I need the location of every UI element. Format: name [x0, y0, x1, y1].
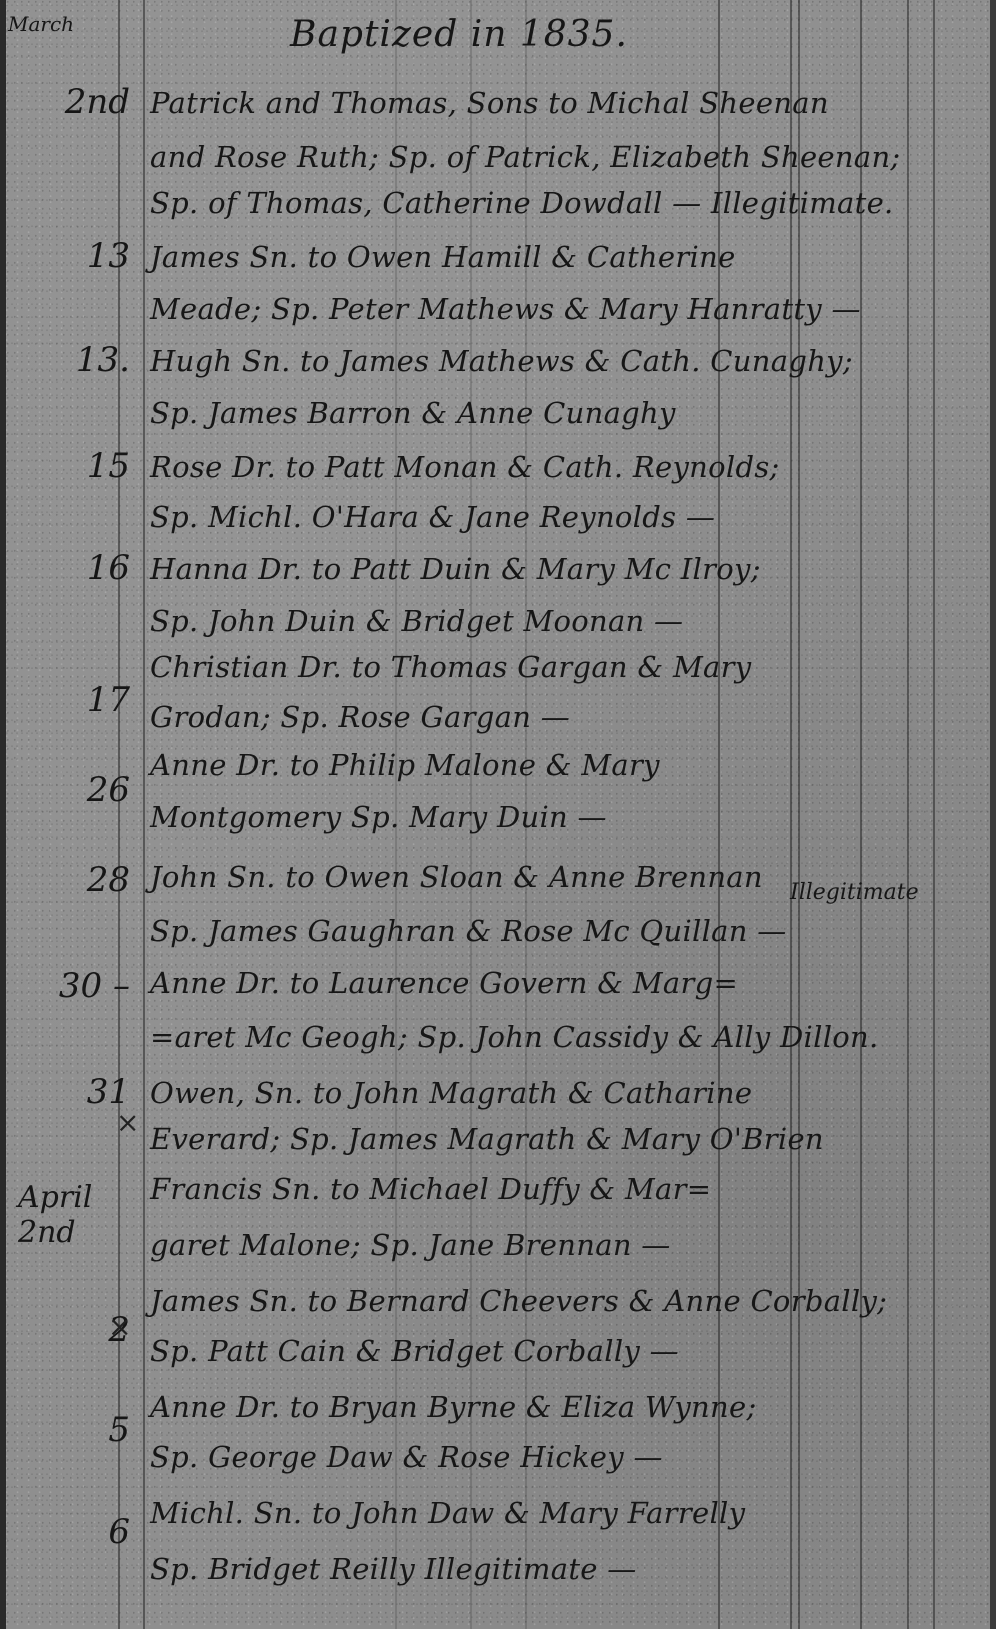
entry-date: 13 [38, 236, 130, 276]
entry-line: Sp. James Barron & Anne Cunaghy [150, 396, 974, 430]
entry-line: Michl. Sn. to John Daw & Mary Farrelly [150, 1496, 974, 1530]
entry-line: Meade; Sp. Peter Mathews & Mary Hanratty… [150, 292, 974, 326]
entry-line: James Sn. to Owen Hamill & Catherine [150, 240, 974, 274]
entry-line: Owen, Sn. to John Magrath & Catharine [150, 1076, 974, 1110]
entry-line: =aret Mc Geogh; Sp. John Cassidy & Ally … [150, 1020, 974, 1054]
entry-date: 17 [38, 680, 130, 720]
entry-line: James Sn. to Bernard Cheevers & Anne Cor… [150, 1284, 974, 1318]
entry-line: Hugh Sn. to James Mathews & Cath. Cunagh… [150, 344, 974, 378]
entry-date: 16 [38, 548, 130, 588]
entry-line: Sp. Patt Cain & Bridget Corbally — [150, 1334, 974, 1368]
cross-mark-icon: × [116, 1106, 139, 1139]
entry-line: Grodan; Sp. Rose Gargan — [150, 700, 974, 734]
margin-rule [143, 0, 145, 1629]
page-title: Baptized in 1835. [290, 14, 628, 55]
entry-line: Anne Dr. to Philip Malone & Mary [150, 748, 974, 782]
entry-line: Sp. James Gaughran & Rose Mc Quillan — [150, 914, 974, 948]
entry-line: Sp. Michl. O'Hara & Jane Reynolds — [150, 500, 974, 534]
entry-date: 2nd [38, 82, 130, 122]
entry-date: 26 [38, 770, 130, 810]
illegitimate-note: Illegitimate [790, 880, 919, 905]
entry-date: 13. [38, 340, 130, 380]
entry-line: Christian Dr. to Thomas Gargan & Mary [150, 650, 974, 684]
entry-date: 30 – [38, 966, 130, 1006]
entry-line: Sp. George Daw & Rose Hickey — [150, 1440, 974, 1474]
page-edge-left [0, 0, 6, 1629]
entry-line: Anne Dr. to Laurence Govern & Marg= [150, 966, 974, 1000]
entry-line: Sp. of Thomas, Catherine Dowdall — Illeg… [150, 186, 974, 220]
register-page: March Baptized in 1835. 2nd Patrick and … [0, 0, 996, 1629]
entry-line: and Rose Ruth; Sp. of Patrick, Elizabeth… [150, 140, 974, 174]
entry-line: Montgomery Sp. Mary Duin — [150, 800, 974, 834]
entry-line: garet Malone; Sp. Jane Brennan — [150, 1228, 974, 1262]
entry-line: Sp. Bridget Reilly Illegitimate — [150, 1552, 974, 1586]
entry-date: 5 [38, 1410, 130, 1450]
entry-date: 28 [38, 860, 130, 900]
entry-line: Patrick and Thomas, Sons to Michal Sheen… [150, 86, 974, 120]
entry-line: Hanna Dr. to Patt Duin & Mary Mc Ilroy; [150, 552, 974, 586]
page-edge-right [990, 0, 996, 1629]
entry-line: Anne Dr. to Bryan Byrne & Eliza Wynne; [150, 1390, 974, 1424]
entry-date: 6 [38, 1512, 130, 1552]
entry-line: Rose Dr. to Patt Monan & Cath. Reynolds; [150, 450, 974, 484]
month-heading: March [8, 12, 74, 36]
entry-line: Everard; Sp. James Magrath & Mary O'Brie… [150, 1122, 974, 1156]
entry-date: 15 [38, 446, 130, 486]
cross-mark-icon: × [108, 1310, 131, 1343]
entry-line: Sp. John Duin & Bridget Moonan — [150, 604, 974, 638]
entry-line: Francis Sn. to Michael Duffy & Mar= [150, 1172, 974, 1206]
entry-date: April 2nd [18, 1180, 138, 1250]
